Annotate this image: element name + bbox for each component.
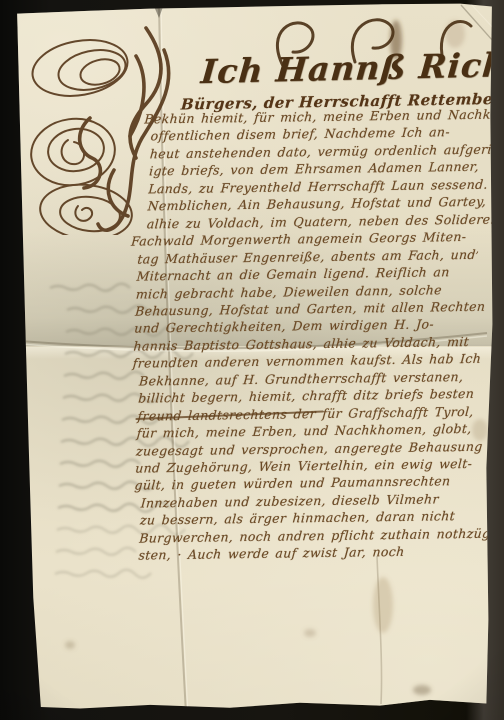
manuscript-line: igte briefs, von dem Ehrsamen Adamen Lan…	[149, 159, 480, 179]
manuscript-line: alhie zu Voldach, im Quatern, neben des …	[146, 211, 499, 231]
manuscript-body-text: Bekhün hiemit, für mich, meine Erben und…	[0, 0, 504, 720]
manuscript-line: offentlichen disem brief, Nachdeme Ich a…	[150, 125, 450, 144]
manuscript-line: freund landtsrechtens der für Graffschaf…	[137, 404, 474, 424]
photo-background: Ich Hannß Richer, Bürgers, der Herrschaf…	[0, 0, 504, 720]
manuscript-page: Ich Hannß Richer, Bürgers, der Herrschaf…	[0, 0, 504, 720]
manuscript-line: gült, in gueten würden und Paumannsrecht…	[134, 474, 451, 493]
manuscript-line: und Gerechtigkheiten, Dem wirdigen H. Jo…	[134, 317, 435, 336]
manuscript-line: Miternacht an die Gemain ligend. Reiflic…	[136, 264, 450, 283]
manuscript-line: hannis Baptisto Gottshaus, alhie zu Vold…	[133, 334, 470, 354]
manuscript-line: Burgwerchen, noch andren pflicht zuthain…	[139, 525, 503, 545]
manuscript-line: Bekhanne, auf H. Grundtherrschafft verst…	[139, 369, 464, 389]
manuscript-line: Innzehaben und zubesizen, dieselb Vilmeh…	[140, 491, 439, 510]
manuscript-line: Fachwald Morgenwerth angemein Georgs Mit…	[131, 229, 467, 249]
manuscript-line: tag Mathäuser Engenreiße, abents am Fach…	[137, 246, 477, 266]
manuscript-line: freundten anderen vernommen kaufst. Als …	[132, 351, 481, 371]
manuscript-line: Nemblichen, Ain Behausung, Hofstat und G…	[147, 194, 487, 214]
margin-mark: ,,	[472, 243, 479, 256]
manuscript-line: zuegesagt und versprochen, angeregte Beh…	[136, 438, 484, 458]
manuscript-line: mich gebracht habe, Dieweilen dann, solc…	[135, 282, 442, 301]
manuscript-line: billicht begern, hiemit, chrafft ditz br…	[138, 386, 475, 406]
manuscript-line: für mich, meine Erben, und Nachkhomen, g…	[136, 421, 472, 441]
manuscript-line: zu bessern, als ärger hinmachen, daran n…	[140, 508, 456, 527]
manuscript-line: sten, · Auch werde auf zwist Jar, noch	[138, 544, 405, 563]
manuscript-line: Lands, zu Freyentheld Herrschafft Laun s…	[148, 176, 489, 196]
